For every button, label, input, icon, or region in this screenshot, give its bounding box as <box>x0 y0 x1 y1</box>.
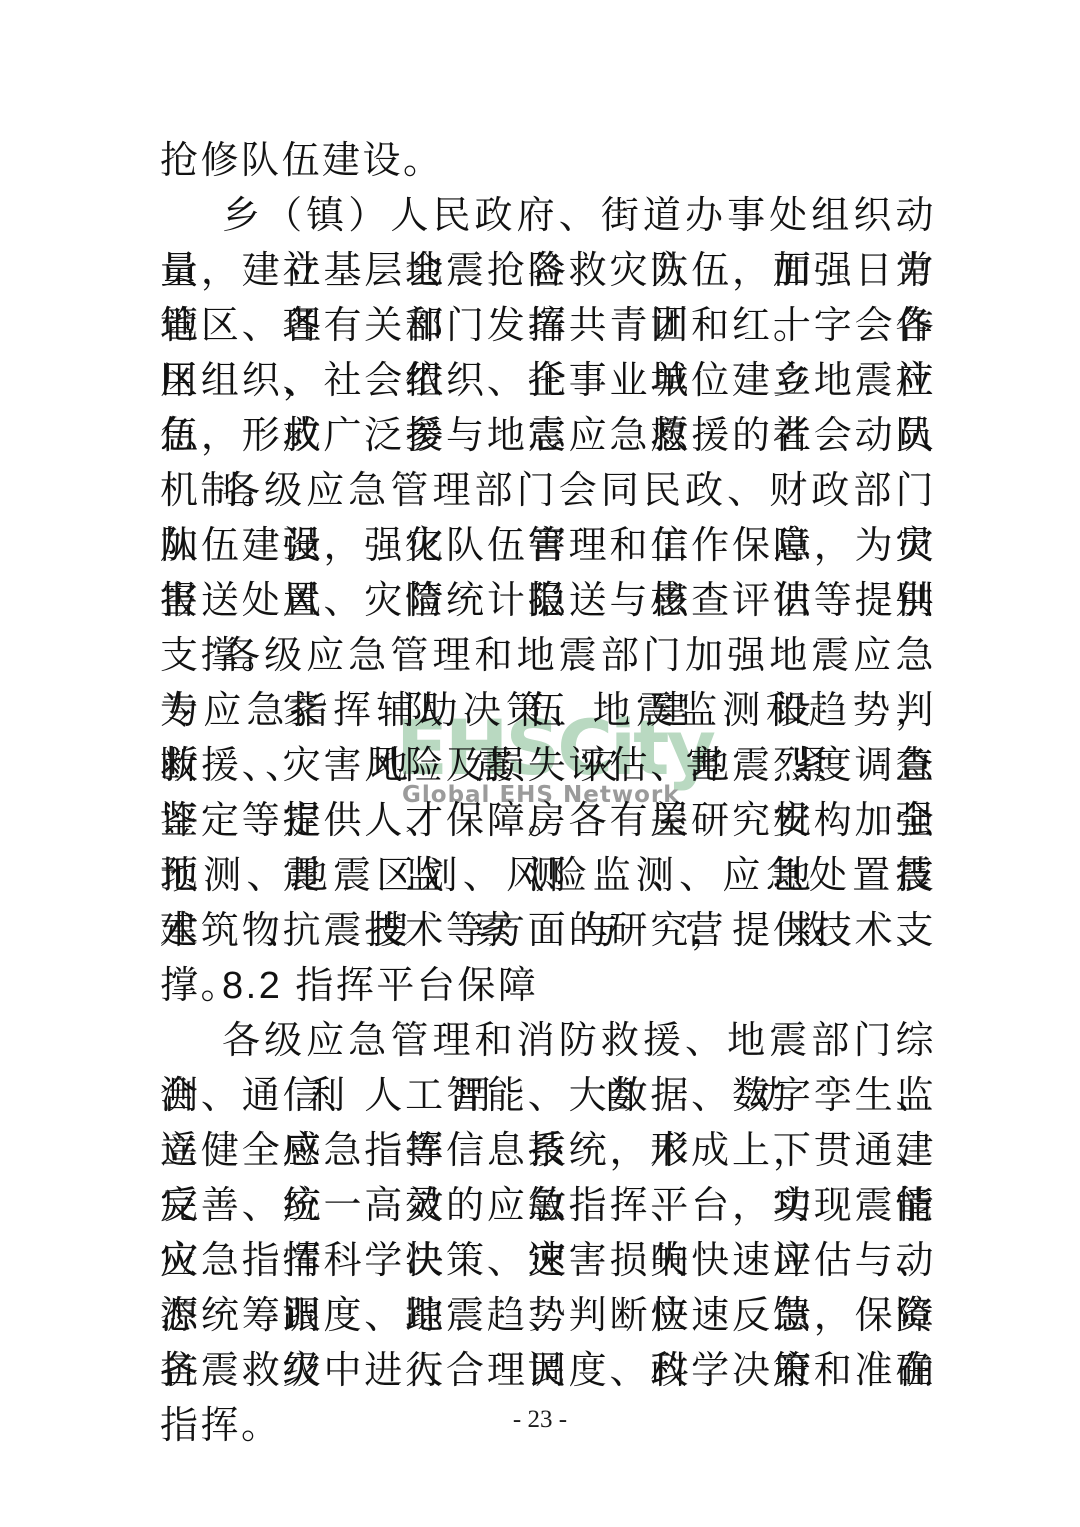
text-line: 伍，形成广泛参与地震应急救援的社会动员机制。 <box>160 409 936 464</box>
text-line: 各级应急管理和消防救援、地震部门综合利用自动监 <box>160 1014 936 1069</box>
text-line: 报送处置、灾情统计报送与核查评估等提供支撑。 <box>160 574 936 629</box>
text-line: 测、通信、人工智能、大数据、数字孪生、遥感等技术，建 <box>160 1069 936 1124</box>
text-line: 立健全应急指挥信息系统，形成上下贯通、反应灵敏、功能 <box>160 1124 936 1179</box>
text-line: 为应急指挥辅助决策、地震监测和趋势判断、地震灾害紧急 <box>160 684 936 739</box>
section-heading: 8.2 指挥平台保障 <box>160 959 936 1014</box>
text-line: 量，建立基层地震抢险救灾队伍，加强日常管理和培训。各 <box>160 244 936 299</box>
document-page: EHSCity Global EHS Network 抢修队伍建设。乡（镇）人民… <box>0 0 1080 1527</box>
text-line: 抗震救灾中进行合理调度、科学决策和准确指挥。 <box>160 1344 936 1399</box>
text-line: 预测、地震区划、风险监测、应急处置技术、搜索与营救、 <box>160 849 936 904</box>
document-body: 抢修队伍建设。乡（镇）人民政府、街道办事处组织动员社会各方面力量，建立基层地震抢… <box>160 134 936 1399</box>
text-line: 应急指挥科学决策、灾害损失快速评估与动态跟踪、应急资 <box>160 1234 936 1289</box>
text-line: 队伍建设，强化队伍管理和工作保障，为灾害风险隐患识别 <box>160 519 936 574</box>
text-line: 区组织、社会组织、企事业单位建立地震应急救援志愿者队 <box>160 354 936 409</box>
text-line: 各级应急管理和地震部门加强地震应急专家队伍建设， <box>160 629 936 684</box>
text-line: 地区、各有关部门发挥共青团和红十字会作用，依托城乡社 <box>160 299 936 354</box>
text-line: 救援、灾害风险及损失评估、地震烈度调查评定、房屋安全 <box>160 739 936 794</box>
text-line: 建筑物抗震技术等方面的研究，提供技术支撑。 <box>160 904 936 959</box>
text-line: 各级应急管理部门会同民政、财政部门加强灾害信息员 <box>160 464 936 519</box>
text-line: 乡（镇）人民政府、街道办事处组织动员社会各方面力 <box>160 189 936 244</box>
text-line: 源统筹调度、地震趋势判断快速反馈，保障各级人民政府在 <box>160 1289 936 1344</box>
text-line: 抢修队伍建设。 <box>160 134 936 189</box>
text-line: 鉴定等提供人才保障。各有关研究机构加强地震监测、地震 <box>160 794 936 849</box>
text-line: 完善、统一高效的应急指挥平台，实现震情灾情快速响应、 <box>160 1179 936 1234</box>
page-number: - 23 - <box>0 1406 1080 1434</box>
